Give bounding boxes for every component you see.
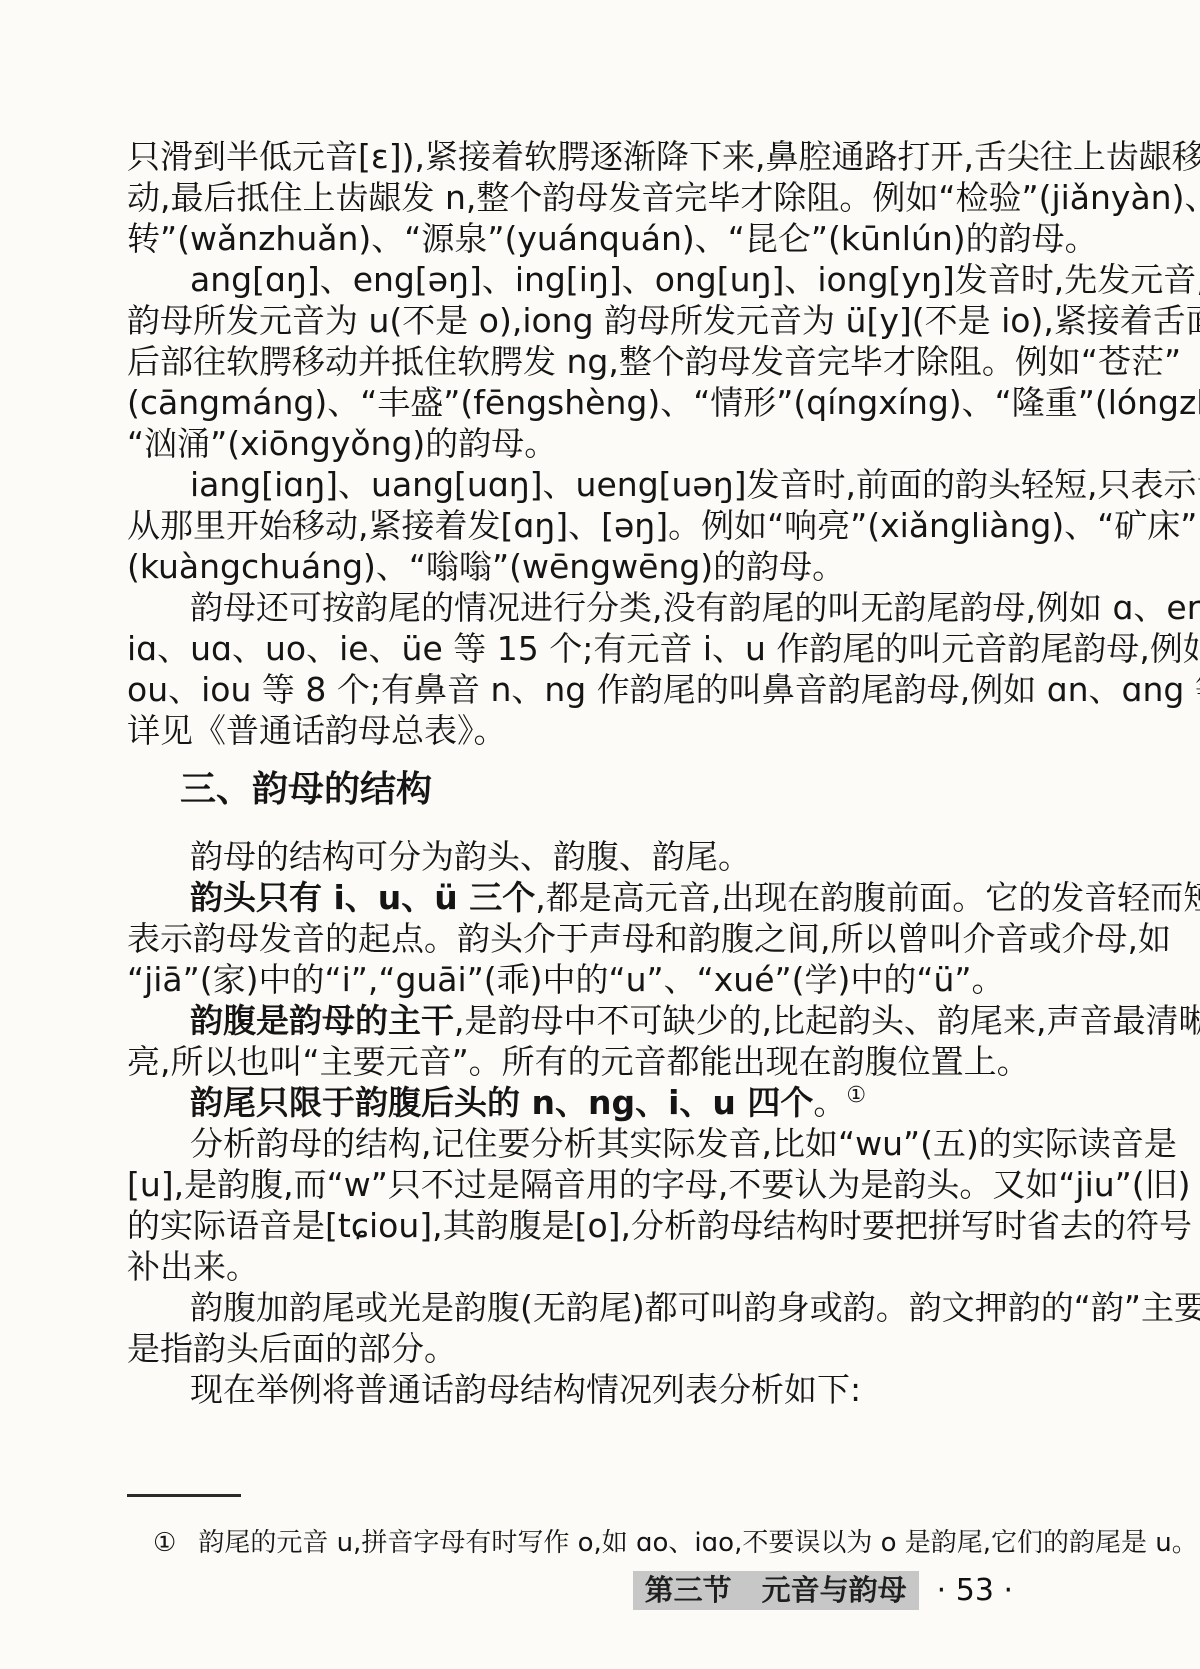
text-segment: 详见《普通话韵母总表》。	[127, 711, 507, 750]
text-line: 韵母还可按韵尾的情况进行分类,没有韵尾的叫无韵尾韵母,例如 ɑ、er、i、	[127, 587, 1013, 628]
text-line: 韵头只有 i、u、ü 三个,都是高元音,出现在韵腹前面。它的发音轻而短,只	[127, 877, 1013, 918]
text-line: ou、iou 等 8 个;有鼻音 n、ng 作韵尾的叫鼻音韵尾韵母,例如 ɑn、…	[127, 669, 1013, 710]
text-line: iang[iɑŋ]、uang[uɑŋ]、ueng[uəŋ]发音时,前面的韵头轻短…	[127, 464, 1013, 505]
text-segment: 亮,所以也叫“主要元音”。所有的元音都能出现在韵腹位置上。	[127, 1042, 1030, 1081]
text-line: iɑ、uɑ、uo、ie、üe 等 15 个;有元音 i、u 作韵尾的叫元音韵尾韵…	[127, 628, 1013, 669]
footer-section-title: 元音与韵母	[762, 1573, 907, 1607]
text-segment: iang[iɑŋ]、uang[uɑŋ]、ueng[uəŋ]发音时,前面的韵头轻短…	[190, 465, 1200, 504]
text-line: 后部往软腭移动并抵住软腭发 ng,整个韵母发音完毕才除阻。例如“苍茫”	[127, 341, 1013, 382]
text-line: 从那里开始移动,紧接着发[ɑŋ]、[əŋ]。例如“响亮”(xiǎngliàng)…	[127, 505, 1013, 546]
text-line: “汹涌”(xiōngyǒng)的韵母。	[127, 423, 1013, 464]
text-segment: 补出来。	[127, 1247, 259, 1286]
text-line: “jiā”(家)中的“i”,“guāi”(乖)中的“u”、“xué”(学)中的“…	[127, 959, 1013, 1000]
text-line: 韵腹加韵尾或光是韵腹(无韵尾)都可叫韵身或韵。韵文押韵的“韵”主要	[127, 1287, 1013, 1328]
text-segment: ang[ɑŋ]、eng[əŋ]、ing[iŋ]、ong[uŋ]、iong[yŋ]…	[190, 260, 1200, 299]
text-segment: 韵母还可按韵尾的情况进行分类,没有韵尾的叫无韵尾韵母,例如 ɑ、er、i、	[190, 588, 1200, 627]
text-line: 转”(wǎnzhuǎn)、“源泉”(yuánquán)、“昆仑”(kūnlún)…	[127, 218, 1013, 259]
page: 只滑到半低元音[ε]),紧接着软腭逐渐降下来,鼻腔通路打开,舌尖往上齿龈移动,最…	[0, 0, 1200, 1669]
text-line: (kuàngchuáng)、“嗡嗡”(wēngwēng)的韵母。	[127, 546, 1013, 587]
text-segment: 韵母的结构可分为韵头、韵腹、韵尾。	[190, 837, 751, 876]
text-segment: 转”(wǎnzhuǎn)、“源泉”(yuánquán)、“昆仑”(kūnlún)…	[127, 219, 1098, 258]
paragraph: 韵尾只限于韵腹后头的 n、ng、i、u 四个。①	[127, 1082, 1013, 1123]
footer-section-label: 第三节	[645, 1573, 732, 1607]
text-segment: “jiā”(家)中的“i”,“guāi”(乖)中的“u”、“xué”(学)中的“…	[127, 960, 1004, 999]
paragraph: iang[iɑŋ]、uang[uɑŋ]、ueng[uəŋ]发音时,前面的韵头轻短…	[127, 464, 1013, 587]
paragraph: 只滑到半低元音[ε]),紧接着软腭逐渐降下来,鼻腔通路打开,舌尖往上齿龈移动,最…	[127, 136, 1013, 259]
text-segment: “汹涌”(xiōngyǒng)的韵母。	[127, 424, 557, 463]
text-line: [u],是韵腹,而“w”只不过是隔音用的字母,不要认为是韵头。又如“jiu”(旧…	[127, 1164, 1013, 1205]
page-number: · 53 ·	[937, 1573, 1013, 1609]
text-segment: 表示韵母发音的起点。韵头介于声母和韵腹之间,所以曾叫介音或介母,如	[127, 919, 1171, 958]
paragraph: 韵母还可按韵尾的情况进行分类,没有韵尾的叫无韵尾韵母,例如 ɑ、er、i、iɑ、…	[127, 587, 1013, 751]
paragraph: 韵头只有 i、u、ü 三个,都是高元音,出现在韵腹前面。它的发音轻而短,只表示韵…	[127, 877, 1013, 1000]
text-line: 亮,所以也叫“主要元音”。所有的元音都能出现在韵腹位置上。	[127, 1041, 1013, 1082]
footnote-marker: ①	[153, 1528, 176, 1558]
paragraph: 韵腹是韵母的主干,是韵母中不可缺少的,比起韵头、韵尾来,声音最清晰响亮,所以也叫…	[127, 1000, 1013, 1082]
text-line: 现在举例将普通话韵母结构情况列表分析如下:	[127, 1369, 1013, 1410]
text-segment: 韵头只有 i、u、ü 三个	[190, 878, 535, 917]
text-line: 只滑到半低元音[ε]),紧接着软腭逐渐降下来,鼻腔通路打开,舌尖往上齿龈移	[127, 136, 1013, 177]
text-segment: 只滑到半低元音[ε]),紧接着软腭逐渐降下来,鼻腔通路打开,舌尖往上齿龈移	[127, 137, 1200, 176]
text-line: ang[ɑŋ]、eng[əŋ]、ing[iŋ]、ong[uŋ]、iong[yŋ]…	[127, 259, 1013, 300]
intro-section: 只滑到半低元音[ε]),紧接着软腭逐渐降下来,鼻腔通路打开,舌尖往上齿龈移动,最…	[127, 136, 1013, 751]
text-segment: 的实际语音是[tɕiou],其韵腹是[o],分析韵母结构时要把拼写时省去的符号	[127, 1206, 1192, 1245]
text-segment: (kuàngchuáng)、“嗡嗡”(wēngwēng)的韵母。	[127, 547, 845, 586]
text-segment: 分析韵母的结构,记住要分析其实际发音,比如“wu”(五)的实际读音是	[190, 1124, 1177, 1163]
text-segment: 后部往软腭移动并抵住软腭发 ng,整个韵母发音完毕才除阻。例如“苍茫”	[127, 342, 1181, 381]
footnote-divider	[127, 1494, 241, 1497]
text-segment: iɑ、uɑ、uo、ie、üe 等 15 个;有元音 i、u 作韵尾的叫元音韵尾韵…	[127, 629, 1200, 668]
paragraph: 现在举例将普通话韵母结构情况列表分析如下:	[127, 1369, 1013, 1410]
text-segment: 韵腹加韵尾或光是韵腹(无韵尾)都可叫韵身或韵。韵文押韵的“韵”主要	[190, 1288, 1200, 1327]
text-line: (cāngmáng)、“丰盛”(fēngshèng)、“情形”(qíngxíng…	[127, 382, 1013, 423]
text-segment: 韵腹是韵母的主干	[190, 1001, 454, 1040]
footnote-reference: ①	[846, 1083, 866, 1108]
paragraph: ang[ɑŋ]、eng[əŋ]、ing[iŋ]、ong[uŋ]、iong[yŋ]…	[127, 259, 1013, 464]
text-segment: ,都是高元音,出现在韵腹前面。它的发音轻而短,只	[535, 878, 1200, 917]
text-line: 分析韵母的结构,记住要分析其实际发音,比如“wu”(五)的实际读音是	[127, 1123, 1013, 1164]
paragraph: 韵腹加韵尾或光是韵腹(无韵尾)都可叫韵身或韵。韵文押韵的“韵”主要是指韵头后面的…	[127, 1287, 1013, 1369]
text-line: 韵尾只限于韵腹后头的 n、ng、i、u 四个。①	[127, 1082, 1013, 1123]
text-line: 补出来。	[127, 1246, 1013, 1287]
text-segment: ,是韵母中不可缺少的,比起韵头、韵尾来,声音最清晰响	[454, 1001, 1200, 1040]
text-line: 的实际语音是[tɕiou],其韵腹是[o],分析韵母结构时要把拼写时省去的符号	[127, 1205, 1013, 1246]
body-section: 韵母的结构可分为韵头、韵腹、韵尾。韵头只有 i、u、ü 三个,都是高元音,出现在…	[127, 836, 1013, 1410]
text-segment: 现在举例将普通话韵母结构情况列表分析如下:	[190, 1370, 861, 1409]
text-segment: 韵尾只限于韵腹后头的 n、ng、i、u 四个	[190, 1083, 813, 1122]
text-segment: [u],是韵腹,而“w”只不过是隔音用的字母,不要认为是韵头。又如“jiu”(旧…	[127, 1165, 1191, 1204]
text-line: 表示韵母发音的起点。韵头介于声母和韵腹之间,所以曾叫介音或介母,如	[127, 918, 1013, 959]
text-segment: (cāngmáng)、“丰盛”(fēngshèng)、“情形”(qíngxíng…	[127, 383, 1200, 422]
content-area: 只滑到半低元音[ε]),紧接着软腭逐渐降下来,鼻腔通路打开,舌尖往上齿龈移动,最…	[127, 136, 1013, 1610]
text-line: 动,最后抵住上齿龈发 n,整个韵母发音完毕才除阻。例如“检验”(jiǎnyàn)…	[127, 177, 1013, 218]
text-line: 韵母所发元音为 u(不是 o),iong 韵母所发元音为 ü[y](不是 io)…	[127, 300, 1013, 341]
footnote: ①韵尾的元音 u,拼音字母有时写作 o,如 ɑo、iɑo,不要误以为 o 是韵尾…	[127, 1527, 1013, 1559]
text-segment: 。	[813, 1083, 846, 1122]
footnote-text: 韵尾的元音 u,拼音字母有时写作 o,如 ɑo、iɑo,不要误以为 o 是韵尾,…	[198, 1528, 1197, 1558]
text-line: 是指韵头后面的部分。	[127, 1328, 1013, 1369]
paragraph: 韵母的结构可分为韵头、韵腹、韵尾。	[127, 836, 1013, 877]
text-line: 详见《普通话韵母总表》。	[127, 710, 1013, 751]
text-segment: ou、iou 等 8 个;有鼻音 n、ng 作韵尾的叫鼻音韵尾韵母,例如 ɑn、…	[127, 670, 1200, 709]
text-line: 韵腹是韵母的主干,是韵母中不可缺少的,比起韵头、韵尾来,声音最清晰响	[127, 1000, 1013, 1041]
page-footer: 第三节元音与韵母 · 53 ·	[127, 1571, 1013, 1610]
text-segment: 是指韵头后面的部分。	[127, 1329, 457, 1368]
text-segment: 从那里开始移动,紧接着发[ɑŋ]、[əŋ]。例如“响亮”(xiǎngliàng)…	[127, 506, 1197, 545]
section-heading: 三、韵母的结构	[180, 767, 1013, 813]
paragraph: 分析韵母的结构,记住要分析其实际发音,比如“wu”(五)的实际读音是[u],是韵…	[127, 1123, 1013, 1287]
text-segment: 动,最后抵住上齿龈发 n,整个韵母发音完毕才除阻。例如“检验”(jiǎnyàn)…	[127, 178, 1200, 217]
text-line: 韵母的结构可分为韵头、韵腹、韵尾。	[127, 836, 1013, 877]
footer-section-badge: 第三节元音与韵母	[633, 1571, 919, 1610]
text-segment: 韵母所发元音为 u(不是 o),iong 韵母所发元音为 ü[y](不是 io)…	[127, 301, 1200, 340]
